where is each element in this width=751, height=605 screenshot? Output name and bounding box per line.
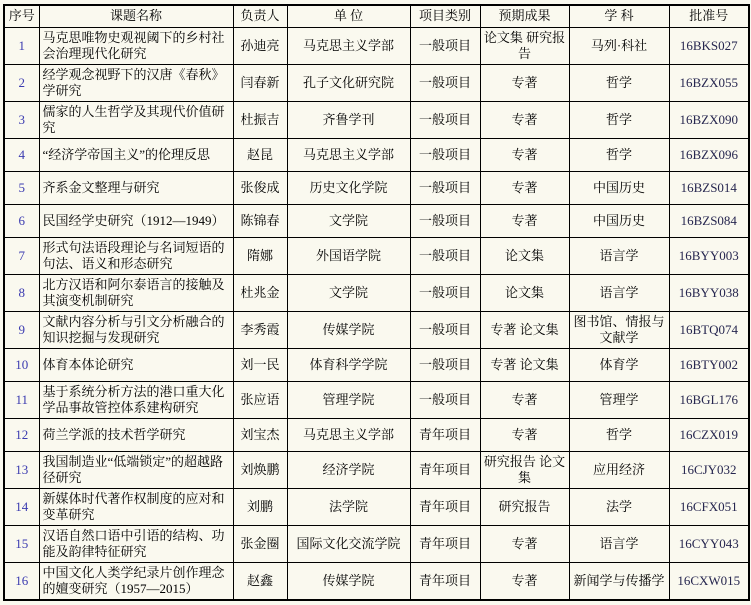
row-index: 7 (4, 237, 39, 274)
project-discipline: 语言学 (569, 274, 669, 311)
project-leader: 李秀霞 (233, 311, 287, 348)
project-approval: 16BZS014 (669, 171, 749, 204)
project-title: 北方汉语和阿尔泰语言的接触及其演变机制研究 (39, 274, 233, 311)
project-approval: 16BTY002 (669, 348, 749, 381)
project-approval: 16BZX055 (669, 64, 749, 101)
table-row: 4 “经济学帝国主义”的伦理反思 赵昆 马克思主义学部 一般项目 专著 哲学 1… (4, 138, 749, 171)
project-title: 荷兰学派的技术哲学研究 (39, 418, 233, 451)
project-category: 一般项目 (410, 64, 480, 101)
table-row: 10 体育本体论研究 刘一民 体育科学学院 一般项目 专著 论文集 体育学 16… (4, 348, 749, 381)
project-title: 齐系金文整理与研究 (39, 171, 233, 204)
column-header-leader: 负责人 (233, 5, 287, 27)
project-leader: 陈锦春 (233, 204, 287, 237)
row-index: 3 (4, 101, 39, 138)
row-index: 5 (4, 171, 39, 204)
header-row: 序号 课题名称 负责人 单 位 项目类别 预期成果 学 科 批准号 (4, 5, 749, 27)
project-unit: 法学院 (287, 488, 410, 525)
project-discipline: 哲学 (569, 101, 669, 138)
project-leader: 刘焕鹏 (233, 451, 287, 488)
table-body: 1 马克思唯物史观视阈下的乡村社会治理现代化研究 孙迪亮 马克思主义学部 一般项… (4, 27, 749, 600)
project-unit: 马克思主义学部 (287, 418, 410, 451)
project-category: 青年项目 (410, 562, 480, 600)
project-category: 一般项目 (410, 138, 480, 171)
table-row: 3 儒家的人生哲学及其现代价值研究 杜振吉 齐鲁学刊 一般项目 专著 哲学 16… (4, 101, 749, 138)
project-category: 一般项目 (410, 237, 480, 274)
project-leader: 张俊成 (233, 171, 287, 204)
project-leader: 闫春新 (233, 64, 287, 101)
project-leader: 孙迪亮 (233, 27, 287, 64)
project-unit: 文学院 (287, 274, 410, 311)
project-unit: 经济学院 (287, 451, 410, 488)
project-outcome: 研究报告 (480, 488, 569, 525)
projects-table: 序号 课题名称 负责人 单 位 项目类别 预期成果 学 科 批准号 1 马克思唯… (3, 4, 750, 601)
project-category: 一般项目 (410, 204, 480, 237)
project-discipline: 哲学 (569, 138, 669, 171)
row-index: 1 (4, 27, 39, 64)
project-category: 青年项目 (410, 451, 480, 488)
project-approval: 16BZX090 (669, 101, 749, 138)
project-outcome: 专著 论文集 (480, 348, 569, 381)
project-outcome: 专著 (480, 101, 569, 138)
project-leader: 隋娜 (233, 237, 287, 274)
column-header-title: 课题名称 (39, 5, 233, 27)
project-unit: 管理学院 (287, 381, 410, 418)
project-title: 中国文化人类学纪录片创作理念的嬗变研究（1957—2015） (39, 562, 233, 600)
project-outcome: 专著 (480, 171, 569, 204)
project-leader: 杜兆金 (233, 274, 287, 311)
project-approval: 16CFX051 (669, 488, 749, 525)
row-index: 11 (4, 381, 39, 418)
table-row: 5 齐系金文整理与研究 张俊成 历史文化学院 一般项目 专著 中国历史 16BZ… (4, 171, 749, 204)
column-header-category: 项目类别 (410, 5, 480, 27)
project-title: “经济学帝国主义”的伦理反思 (39, 138, 233, 171)
row-index: 9 (4, 311, 39, 348)
project-discipline: 语言学 (569, 237, 669, 274)
project-outcome: 专著 论文集 (480, 311, 569, 348)
row-index: 8 (4, 274, 39, 311)
project-unit: 传媒学院 (287, 311, 410, 348)
project-outcome: 专著 (480, 525, 569, 562)
project-unit: 马克思主义学部 (287, 27, 410, 64)
row-index: 4 (4, 138, 39, 171)
project-unit: 传媒学院 (287, 562, 410, 600)
project-leader: 杜振吉 (233, 101, 287, 138)
project-unit: 外国语学院 (287, 237, 410, 274)
project-approval: 16CXW015 (669, 562, 749, 600)
project-outcome: 专著 (480, 381, 569, 418)
project-title: 我国制造业“低端锁定”的超越路径研究 (39, 451, 233, 488)
table-row: 14 新媒体时代著作权制度的应对和变革研究 刘鹏 法学院 青年项目 研究报告 法… (4, 488, 749, 525)
project-unit: 体育科学学院 (287, 348, 410, 381)
table-row: 2 经学观念视野下的汉唐《春秋》学研究 闫春新 孔子文化研究院 一般项目 专著 … (4, 64, 749, 101)
project-discipline: 新闻学与传播学 (569, 562, 669, 600)
project-discipline: 法学 (569, 488, 669, 525)
project-discipline: 应用经济 (569, 451, 669, 488)
project-category: 一般项目 (410, 274, 480, 311)
project-approval: 16BTQ074 (669, 311, 749, 348)
project-title: 民国经学史研究（1912—1949） (39, 204, 233, 237)
project-outcome: 专著 (480, 204, 569, 237)
project-category: 一般项目 (410, 311, 480, 348)
project-discipline: 马列·科社 (569, 27, 669, 64)
project-discipline: 图书馆、情报与文献学 (569, 311, 669, 348)
project-discipline: 哲学 (569, 64, 669, 101)
project-title: 马克思唯物史观视阈下的乡村社会治理现代化研究 (39, 27, 233, 64)
project-category: 青年项目 (410, 525, 480, 562)
column-header-discipline: 学 科 (569, 5, 669, 27)
column-header-unit: 单 位 (287, 5, 410, 27)
project-category: 青年项目 (410, 488, 480, 525)
row-index: 13 (4, 451, 39, 488)
project-title: 汉语自然口语中引语的结构、功能及韵律特征研究 (39, 525, 233, 562)
project-leader: 赵昆 (233, 138, 287, 171)
table-row: 6 民国经学史研究（1912—1949） 陈锦春 文学院 一般项目 专著 中国历… (4, 204, 749, 237)
project-outcome: 专著 (480, 138, 569, 171)
project-approval: 16CZX019 (669, 418, 749, 451)
project-approval: 16CYY043 (669, 525, 749, 562)
project-category: 一般项目 (410, 171, 480, 204)
project-unit: 孔子文化研究院 (287, 64, 410, 101)
project-outcome: 论文集 研究报告 (480, 27, 569, 64)
column-header-approval: 批准号 (669, 5, 749, 27)
project-approval: 16BZX096 (669, 138, 749, 171)
table-row: 9 文献内容分析与引文分析融合的知识挖掘与发现研究 李秀霞 传媒学院 一般项目 … (4, 311, 749, 348)
project-approval: 16BYY003 (669, 237, 749, 274)
project-approval: 16BGL176 (669, 381, 749, 418)
project-discipline: 中国历史 (569, 204, 669, 237)
project-discipline: 语言学 (569, 525, 669, 562)
project-unit: 齐鲁学刊 (287, 101, 410, 138)
row-index: 12 (4, 418, 39, 451)
project-category: 一般项目 (410, 101, 480, 138)
table-row: 16 中国文化人类学纪录片创作理念的嬗变研究（1957—2015） 赵鑫 传媒学… (4, 562, 749, 600)
row-index: 16 (4, 562, 39, 600)
project-category: 青年项目 (410, 418, 480, 451)
table-row: 7 形式句法语段理论与名词短语的句法、语义和形态研究 隋娜 外国语学院 一般项目… (4, 237, 749, 274)
project-outcome: 论文集 (480, 237, 569, 274)
table-row: 15 汉语自然口语中引语的结构、功能及韵律特征研究 张金圈 国际文化交流学院 青… (4, 525, 749, 562)
project-discipline: 中国历史 (569, 171, 669, 204)
project-approval: 16CJY032 (669, 451, 749, 488)
project-outcome: 研究报告 论文集 (480, 451, 569, 488)
project-leader: 张应语 (233, 381, 287, 418)
row-index: 14 (4, 488, 39, 525)
row-index: 2 (4, 64, 39, 101)
project-category: 一般项目 (410, 27, 480, 64)
table-row: 13 我国制造业“低端锁定”的超越路径研究 刘焕鹏 经济学院 青年项目 研究报告… (4, 451, 749, 488)
table-row: 1 马克思唯物史观视阈下的乡村社会治理现代化研究 孙迪亮 马克思主义学部 一般项… (4, 27, 749, 64)
table-row: 8 北方汉语和阿尔泰语言的接触及其演变机制研究 杜兆金 文学院 一般项目 论文集… (4, 274, 749, 311)
project-title: 新媒体时代著作权制度的应对和变革研究 (39, 488, 233, 525)
project-title: 儒家的人生哲学及其现代价值研究 (39, 101, 233, 138)
row-index: 6 (4, 204, 39, 237)
row-index: 10 (4, 348, 39, 381)
project-outcome: 专著 (480, 64, 569, 101)
project-outcome: 专著 (480, 418, 569, 451)
project-category: 一般项目 (410, 348, 480, 381)
project-leader: 刘鹏 (233, 488, 287, 525)
column-header-outcome: 预期成果 (480, 5, 569, 27)
project-category: 一般项目 (410, 381, 480, 418)
project-title: 经学观念视野下的汉唐《春秋》学研究 (39, 64, 233, 101)
project-leader: 刘宝杰 (233, 418, 287, 451)
document-page: 序号 课题名称 负责人 单 位 项目类别 预期成果 学 科 批准号 1 马克思唯… (0, 0, 751, 605)
project-outcome: 论文集 (480, 274, 569, 311)
project-title: 体育本体论研究 (39, 348, 233, 381)
table-row: 11 基于系统分析方法的港口重大化学品事故管控体系建构研究 张应语 管理学院 一… (4, 381, 749, 418)
table-row: 12 荷兰学派的技术哲学研究 刘宝杰 马克思主义学部 青年项目 专著 哲学 16… (4, 418, 749, 451)
column-header-index: 序号 (4, 5, 39, 27)
project-unit: 文学院 (287, 204, 410, 237)
project-unit: 国际文化交流学院 (287, 525, 410, 562)
project-discipline: 哲学 (569, 418, 669, 451)
project-title: 基于系统分析方法的港口重大化学品事故管控体系建构研究 (39, 381, 233, 418)
project-approval: 16BKS027 (669, 27, 749, 64)
project-title: 文献内容分析与引文分析融合的知识挖掘与发现研究 (39, 311, 233, 348)
row-index: 15 (4, 525, 39, 562)
project-discipline: 体育学 (569, 348, 669, 381)
project-leader: 张金圈 (233, 525, 287, 562)
project-approval: 16BZS084 (669, 204, 749, 237)
project-discipline: 管理学 (569, 381, 669, 418)
project-title: 形式句法语段理论与名词短语的句法、语义和形态研究 (39, 237, 233, 274)
project-approval: 16BYY038 (669, 274, 749, 311)
project-outcome: 专著 (480, 562, 569, 600)
project-unit: 历史文化学院 (287, 171, 410, 204)
project-unit: 马克思主义学部 (287, 138, 410, 171)
project-leader: 刘一民 (233, 348, 287, 381)
project-leader: 赵鑫 (233, 562, 287, 600)
